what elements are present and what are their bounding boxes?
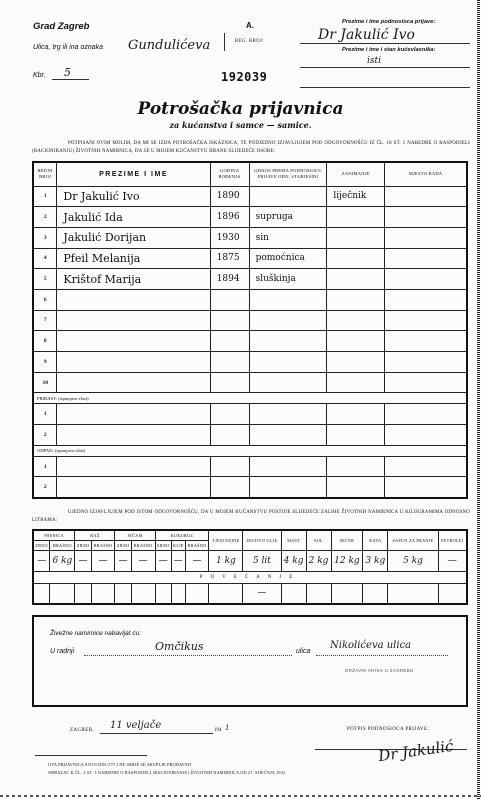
row-number: 2 [33,425,57,446]
sub-brasno: BRAŠNO [131,540,155,550]
value-cell[interactable]: — [185,550,209,571]
place-label: ZAGREB, [70,728,94,733]
header-divider [224,33,225,51]
table-row: 7 [33,310,467,331]
date-line [100,733,213,734]
relation-cell[interactable]: sin [249,227,327,248]
year-cell[interactable]: 1890 [210,186,249,207]
archive-stamp: DRŽAVNI ARHIV U ZAGREBU [345,668,414,673]
year-cell[interactable]: 1930 [210,227,249,248]
row-number: 4 [33,248,57,269]
supplies-text: UJEDNO IZJAVLJUJEM POD ISTOM ODGOVORNOŠĆ… [32,509,470,525]
col-sol: SOL [306,530,331,550]
table-row: 2Jakulić Ida1896supruga [33,207,467,228]
increase-cell[interactable] [50,583,75,604]
relation-cell[interactable] [249,310,327,331]
table-row: 1Dr Jakulić Ivo1890liječnik [33,186,467,207]
householder-label: Prezime i ime i stan kućevlasnika: [342,47,435,53]
workplace-cell[interactable] [385,456,467,477]
occupation-cell[interactable] [327,456,385,477]
workplace-cell[interactable] [385,227,467,248]
col-header-relation: ODNOS PREMA PODNOSIOCU PRIJAVE ODN. STAR… [249,162,327,186]
increase-cell[interactable] [75,583,91,604]
occupation-cell[interactable] [327,248,385,269]
form-letter: A. [246,21,254,30]
row-number: 2 [33,207,57,228]
table-row: 5Krištof Marija1894sluškinja [33,269,467,290]
shop-street-label: ulica [296,648,310,655]
relation-cell[interactable] [249,425,327,446]
name-cell[interactable] [57,289,210,310]
name-cell[interactable]: Jakulić Ida [57,207,210,228]
table-row: 2 [33,477,467,498]
shop-street-value[interactable]: Nikolićeva ulica [330,640,411,651]
name-cell[interactable]: Jakulić Dorijan [57,227,210,248]
reg-number: 192039 [221,70,267,84]
table-row: 2 [33,425,467,446]
col-mast: MAST [281,530,306,550]
row-number: 1 [33,456,57,477]
value-cell[interactable]: — [131,550,155,571]
increase-cell[interactable]: — [243,583,281,604]
household-table: REDNI BROJ PREZIME I IME GODINA ROĐENJA … [32,161,468,499]
year-cell[interactable]: 1896 [210,207,249,228]
shop-box [32,615,468,707]
relation-cell[interactable]: pomoćnica [249,248,327,269]
prirast-label: PRIRAST: (ispunjava vlast) [33,393,467,404]
sub-zrno: ZRNO [155,540,171,550]
row-number: 6 [33,289,57,310]
occupation-cell[interactable] [327,310,385,331]
increase-cell[interactable] [131,583,155,604]
workplace-cell[interactable] [385,207,467,228]
workplace-cell[interactable] [385,269,467,290]
occupation-cell[interactable] [327,372,385,393]
odpad-label: ODPAD: (ispunjava vlast) [33,445,467,456]
increase-cell[interactable] [33,583,50,604]
increase-cell[interactable] [438,583,467,604]
year-cell[interactable] [210,372,249,393]
increase-cell[interactable] [306,583,331,604]
name-cell[interactable] [57,372,210,393]
row-number: 1 [33,404,57,425]
table-row: 3Jakulić Dorijan1930sin [33,227,467,248]
name-cell[interactable] [57,310,210,331]
name-cell[interactable]: Pfeil Melanija [57,248,210,269]
sub-klip: KLIP [171,540,185,550]
supplies-table: PŠENICA RAŽ JEČAM KUKURUZ TJESTENINE JES… [32,529,468,605]
increase-label-row: POVEĆANJE [33,571,467,583]
increase-cell[interactable] [91,583,115,604]
name-cell[interactable] [57,456,210,477]
occupation-cell[interactable] [327,269,385,290]
table-row: 1 [33,404,467,425]
group-psenica: PŠENICA [33,530,75,540]
table-row: 6 [33,289,467,310]
increase-cell[interactable] [155,583,171,604]
signature-value[interactable]: Dr Jakulić [377,737,454,765]
increase-label: POVEĆANJE [33,571,467,583]
workplace-cell[interactable] [385,404,467,425]
col-sapun: SAPUN ZA PRANJE [388,530,438,550]
increase-values-row: — [33,583,467,604]
street-label: Ulica, trg ili ina oznaka [33,44,103,51]
year-cell[interactable] [210,352,249,373]
house-number-value[interactable]: 5 [64,66,71,79]
col-header-year: GODINA ROĐENJA [210,162,249,186]
value-cell[interactable]: 2 kg [306,550,331,571]
house-number-label: Kbr. [33,72,46,79]
increase-cell[interactable] [281,583,306,604]
year-cell[interactable]: 1894 [210,269,249,290]
sub-zrno: ZRNO [33,540,50,550]
col-tjestenine: TJESTENINE [209,530,243,550]
form-title: Potrošačka prijavnica [0,99,481,119]
workplace-cell[interactable] [385,331,467,352]
value-cell[interactable]: — [115,550,131,571]
city-label: Grad Zagreb [33,21,90,32]
year-cell[interactable] [210,331,249,352]
shop-street-line [316,655,448,656]
col-header-name: PREZIME I IME [57,162,210,186]
relation-cell[interactable] [249,186,327,207]
supplies-group-header: PŠENICA RAŽ JEČAM KUKURUZ TJESTENINE JES… [33,530,467,540]
group-jecam: JEČAM [115,530,155,540]
relation-cell[interactable] [249,456,327,477]
shop-heading: Živežne namirnice nabavljat ću: [50,630,141,637]
workplace-cell[interactable] [385,310,467,331]
value-cell[interactable]: 3 kg [363,550,388,571]
value-cell[interactable]: — [33,550,50,571]
occupation-cell[interactable]: liječnik [327,186,385,207]
name-cell[interactable] [57,425,210,446]
workplace-cell[interactable] [385,372,467,393]
value-cell[interactable]: — [91,550,115,571]
shop-label: U radnji [50,648,74,655]
footnote-divider [35,755,147,756]
shop-line [84,655,292,656]
col-header-workplace: MJESTO RADA [385,162,467,186]
col-jestivo-ulje: JESTIVO ULJE [243,530,281,550]
household-table-header: REDNI BROJ PREZIME I IME GODINA ROĐENJA … [33,162,467,186]
row-number: 7 [33,310,57,331]
sub-brasno: BRAŠNO [91,540,115,550]
year-cell[interactable]: 1875 [210,248,249,269]
group-kukuruz: KUKURUZ [155,530,209,540]
householder-line [300,67,470,68]
signature-label: POTPIS PODNOSIOCA PRIJAVE: [347,727,429,732]
sub-zrno: ZRNO [115,540,131,550]
workplace-cell[interactable] [385,352,467,373]
sub-brasno: BRAŠNO [50,540,75,550]
col-petrolej: PETROLEJ [438,530,467,550]
col-header-no: REDNI BROJ [33,162,57,186]
odpad-section-row: ODPAD: (ispunjava vlast) [33,445,467,456]
page-bottom-edge [0,795,481,797]
relation-cell[interactable]: supruga [249,207,327,228]
table-row: 4Pfeil Melanija1875pomoćnica [33,248,467,269]
year-cell[interactable] [210,425,249,446]
year-cell[interactable] [210,404,249,425]
year-cell[interactable] [210,456,249,477]
relation-cell[interactable]: sluškinja [249,269,327,290]
value-cell[interactable]: 1 kg [209,550,243,571]
increase-cell[interactable] [209,583,243,604]
sub-brasno: BRAŠNO [185,540,209,550]
name-cell[interactable] [57,477,210,498]
householder-line-2 [300,87,470,88]
prirast-section-row: PRIRAST: (ispunjava vlast) [33,393,467,404]
name-cell[interactable] [57,331,210,352]
name-cell[interactable] [57,352,210,373]
value-cell[interactable]: 5 kg [388,550,438,571]
relation-cell[interactable] [249,331,327,352]
name-cell[interactable] [57,404,210,425]
form-subtitle: za kućanstva i samce — samice. [0,120,481,130]
year-prefix: 194 [214,728,222,733]
increase-cell[interactable] [388,583,438,604]
value-cell[interactable]: 12 kg [331,550,363,571]
occupation-cell[interactable] [327,289,385,310]
occupation-cell[interactable] [327,352,385,373]
value-cell[interactable]: — [155,550,171,571]
increase-cell[interactable] [363,583,388,604]
relation-cell[interactable] [249,289,327,310]
row-number: 8 [33,331,57,352]
date-value[interactable]: 11 veljače [110,720,161,731]
year-suffix[interactable]: 1 [225,724,229,732]
increase-cell[interactable] [185,583,209,604]
value-cell[interactable]: — [171,550,185,571]
workplace-cell[interactable] [385,425,467,446]
value-cell[interactable]: 4 kg [281,550,306,571]
value-cell[interactable]: — [438,550,467,571]
name-cell[interactable]: Krištof Marija [57,269,210,290]
workplace-cell[interactable] [385,477,467,498]
supplies-values-row: — 6 kg — — — — — — — 1 kg 5 lit 4 kg 2 k… [33,550,467,571]
row-number: 1 [33,186,57,207]
col-secer: ŠEĆER [331,530,363,550]
row-number: 9 [33,352,57,373]
row-number: 10 [33,372,57,393]
workplace-cell[interactable] [385,186,467,207]
year-cell[interactable] [210,289,249,310]
table-row: 8 [33,331,467,352]
occupation-cell[interactable] [327,425,385,446]
footnote-regulation: OBRAZAC K ČL. 2 ST. 3 NAREDBE O RASPODJE… [48,770,287,775]
col-kava: KAVA [363,530,388,550]
name-cell[interactable]: Dr Jakulić Ivo [57,186,210,207]
table-row: 10 [33,372,467,393]
value-cell[interactable]: 5 lit [243,550,281,571]
row-number: 3 [33,227,57,248]
footnote-price: OVA PRIJAVNICA STOJI DIN 0'75 I NE SMIJE… [48,762,193,767]
year-cell[interactable] [210,477,249,498]
occupation-cell[interactable] [327,477,385,498]
year-cell[interactable] [210,310,249,331]
value-cell[interactable]: 6 kg [50,550,75,571]
table-row: 1 [33,456,467,477]
sub-zrno: ZRNO [75,540,91,550]
increase-cell[interactable] [331,583,363,604]
relation-cell[interactable] [249,477,327,498]
street-value[interactable]: Gundulićeva [128,38,210,53]
householder-value[interactable]: isti [367,56,381,66]
relation-cell[interactable] [249,372,327,393]
increase-cell[interactable] [171,583,185,604]
occupation-cell[interactable] [327,227,385,248]
workplace-cell[interactable] [385,248,467,269]
table-row: 9 [33,352,467,373]
relation-cell[interactable] [249,352,327,373]
relation-cell[interactable] [249,404,327,425]
workplace-cell[interactable] [385,289,467,310]
applicant-label: Prezime i ime podnosioca prijave: [342,19,435,25]
occupation-cell[interactable] [327,207,385,228]
reg-label: REG. BROJ: [235,39,264,44]
shop-value[interactable]: Omčikus [155,640,204,653]
house-number-line [52,79,89,80]
col-header-occupation: ZANIMANJE [327,162,385,186]
occupation-cell[interactable] [327,404,385,425]
intro-text: POTPISANI OVIM MOLIM, DA MI SE IZDA POTR… [32,140,470,156]
value-cell[interactable]: — [75,550,91,571]
applicant-line [300,43,470,44]
row-number: 5 [33,269,57,290]
applicant-value[interactable]: Dr Jakulić Ivo [318,27,415,43]
occupation-cell[interactable] [327,331,385,352]
group-raz: RAŽ [75,530,115,540]
increase-cell[interactable] [115,583,131,604]
row-number: 2 [33,477,57,498]
